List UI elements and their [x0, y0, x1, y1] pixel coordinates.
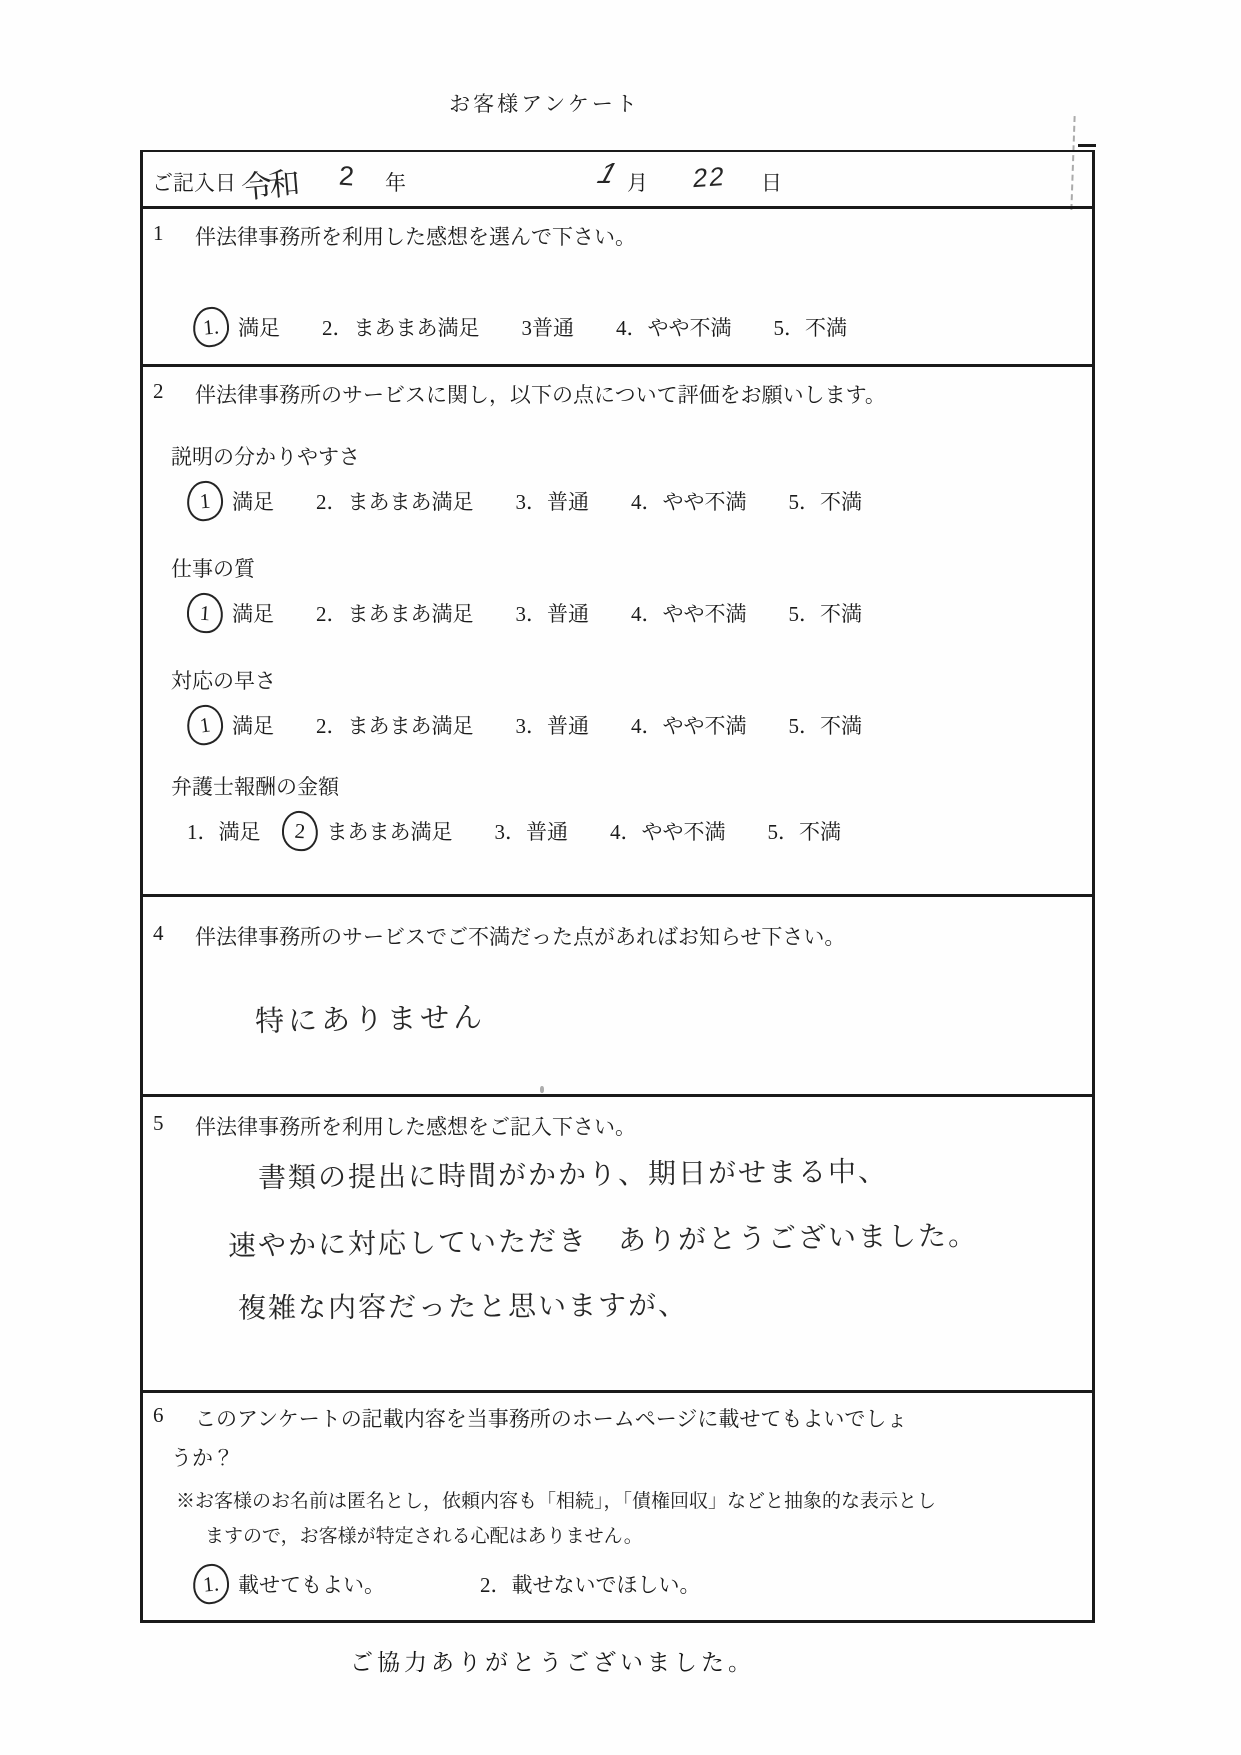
handdrawn-circle-mark: 1. — [191, 306, 230, 349]
options-pre-text: 1．満足 — [187, 816, 282, 846]
date-era-handwritten: 令和 — [239, 158, 299, 208]
subquestion-quality-label: 仕事の質 — [171, 553, 862, 583]
question-5-number: 5 — [153, 1111, 171, 1141]
options-post-text: 満足 2．まあまあ満足 3．普通 4．やや不満 5．不満 — [232, 598, 862, 628]
date-year-handwritten: 2 — [338, 161, 355, 193]
question-1-number: 1 — [153, 221, 171, 251]
subquestion-speed-options: 1満足 2．まあまあ満足 3．普通 4．やや不満 5．不満 — [187, 702, 862, 748]
question-2-row: 2 伴法律事務所のサービスに関し，以下の点について評価をお願いします。 説明の分… — [143, 367, 1092, 897]
question-2-heading: 2 伴法律事務所のサービスに関し，以下の点について評価をお願いします。 — [153, 379, 886, 409]
handdrawn-circle-mark: 1. — [191, 1563, 230, 1606]
handdrawn-circle-mark: 1 — [184, 703, 225, 748]
question-5-row: 5 伴法律事務所を利用した感想をご記入下さい。 書類の提出に時間がかかり、期日が… — [143, 1097, 1092, 1393]
survey-form-table: ご記入日 令和 2 年 1 月 22 日 1 伴法律事務所を利用した感想を選んで… — [140, 150, 1095, 1623]
options-post-text: 満足 2．まあまあ満足 3．普通 4．やや不満 5．不満 — [232, 710, 862, 740]
date-month-handwritten: 1 — [590, 158, 624, 191]
question-1-options: 1. 満足 2．まあまあ満足 3普通 4．やや不満 5．不満 — [193, 304, 847, 350]
question-1-text: 伴法律事務所を利用した感想を選んで下さい。 — [195, 221, 636, 251]
scanned-survey-page: お客様アンケート ご記入日 令和 2 年 1 月 22 日 1 伴法律事務所を利… — [0, 0, 1241, 1755]
subquestion-fees-label: 弁護士報酬の金額 — [171, 771, 841, 801]
handdrawn-circle-mark: 2 — [280, 810, 319, 852]
question-6-note-line-2: ますので，お客様が特定される心配はありません。 — [205, 1521, 643, 1548]
question-5-handwritten-line-2: 速やかに対応していただき ありがとうございました。 — [228, 1214, 979, 1264]
date-label: ご記入日 — [152, 167, 236, 197]
subquestion-clarity: 説明の分かりやすさ 1満足 2．まあまあ満足 3．普通 4．やや不満 5．不満 — [171, 441, 862, 524]
question-4-number: 4 — [153, 921, 171, 951]
question-6-note-line-1: ※お客様のお名前は匿名とし，依頼内容も「相続」，「債権回収」などと抽象的な表示と… — [176, 1486, 936, 1513]
subquestion-fees-options: 1．満足 2まあまあ満足 3．普通 4．やや不満 5．不満 — [187, 808, 841, 854]
question-4-handwritten-answer: 特にありません — [255, 995, 487, 1040]
subquestion-clarity-label: 説明の分かりやすさ — [171, 441, 862, 471]
question-6-option-2-text: 2．載せないでほしい。 — [480, 1569, 701, 1599]
question-6-options: 1. 載せてもよい。 2．載せないでほしい。 — [193, 1561, 701, 1607]
question-6-option-1-label: 載せてもよい。 — [238, 1569, 385, 1599]
date-day-unit: 日 — [761, 167, 782, 197]
question-6-heading: 6 このアンケートの記載内容を当事務所のホームページに載せてもよいでしょ — [153, 1403, 907, 1433]
question-6-text-line-1: このアンケートの記載内容を当事務所のホームページに載せてもよいでしょ — [195, 1403, 907, 1433]
thank-you-footer: ご協力ありがとうございました。 — [0, 1644, 1173, 1677]
question-5-handwritten-line-1: 書類の提出に時間がかかり、期日がせまる中、 — [258, 1150, 888, 1197]
handdrawn-circle-mark: 1 — [185, 480, 224, 523]
subquestion-quality-options: 1満足 2．まあまあ満足 3．普通 4．やや不満 5．不満 — [187, 590, 862, 636]
options-post-text: まあまあ満足 3．普通 4．やや不満 5．不満 — [327, 816, 842, 846]
options-post-text: 満足 2．まあまあ満足 3．普通 4．やや不満 5．不満 — [232, 486, 862, 516]
question-4-row: 4 伴法律事務所のサービスでご不満だった点があればお知らせ下さい。 特にありませ… — [143, 897, 1092, 1097]
question-1-row: 1 伴法律事務所を利用した感想を選んで下さい。 1. 満足 2．まあまあ満足 3… — [143, 209, 1092, 367]
question-1-options-text: 満足 2．まあまあ満足 3普通 4．やや不満 5．不満 — [238, 312, 847, 342]
date-month-unit: 月 — [627, 167, 648, 197]
question-6-text-line-2: うか？ — [171, 1442, 234, 1472]
subquestion-clarity-options: 1満足 2．まあまあ満足 3．普通 4．やや不満 5．不満 — [187, 478, 862, 524]
date-row: ご記入日 令和 2 年 1 月 22 日 — [143, 152, 1092, 209]
question-2-number: 2 — [153, 379, 171, 409]
subquestion-fees: 弁護士報酬の金額 1．満足 2まあまあ満足 3．普通 4．やや不満 5．不満 — [171, 771, 841, 854]
date-day-handwritten: 22 — [691, 161, 727, 195]
question-5-text: 伴法律事務所を利用した感想をご記入下さい。 — [195, 1111, 636, 1141]
page-title: お客様アンケート — [0, 88, 1165, 118]
question-1-heading: 1 伴法律事務所を利用した感想を選んで下さい。 — [153, 221, 636, 251]
subquestion-speed: 対応の早さ 1満足 2．まあまあ満足 3．普通 4．やや不満 5．不満 — [171, 665, 862, 748]
handdrawn-circle-mark: 1 — [186, 592, 225, 634]
question-2-text: 伴法律事務所のサービスに関し，以下の点について評価をお願いします。 — [195, 379, 886, 409]
scan-artifact-corner-line — [1078, 144, 1096, 147]
question-5-heading: 5 伴法律事務所を利用した感想をご記入下さい。 — [153, 1111, 636, 1141]
subquestion-speed-label: 対応の早さ — [171, 665, 862, 695]
question-4-heading: 4 伴法律事務所のサービスでご不満だった点があればお知らせ下さい。 — [153, 921, 845, 951]
question-5-handwritten-line-3: 複雑な内容だったと思いますが、 — [238, 1283, 688, 1326]
question-6-number: 6 — [153, 1403, 171, 1433]
date-year-unit: 年 — [385, 167, 406, 197]
question-6-row: 6 このアンケートの記載内容を当事務所のホームページに載せてもよいでしょ うか？… — [143, 1393, 1092, 1619]
question-4-text: 伴法律事務所のサービスでご不満だった点があればお知らせ下さい。 — [195, 921, 845, 951]
subquestion-quality: 仕事の質 1満足 2．まあまあ満足 3．普通 4．やや不満 5．不満 — [171, 553, 862, 636]
